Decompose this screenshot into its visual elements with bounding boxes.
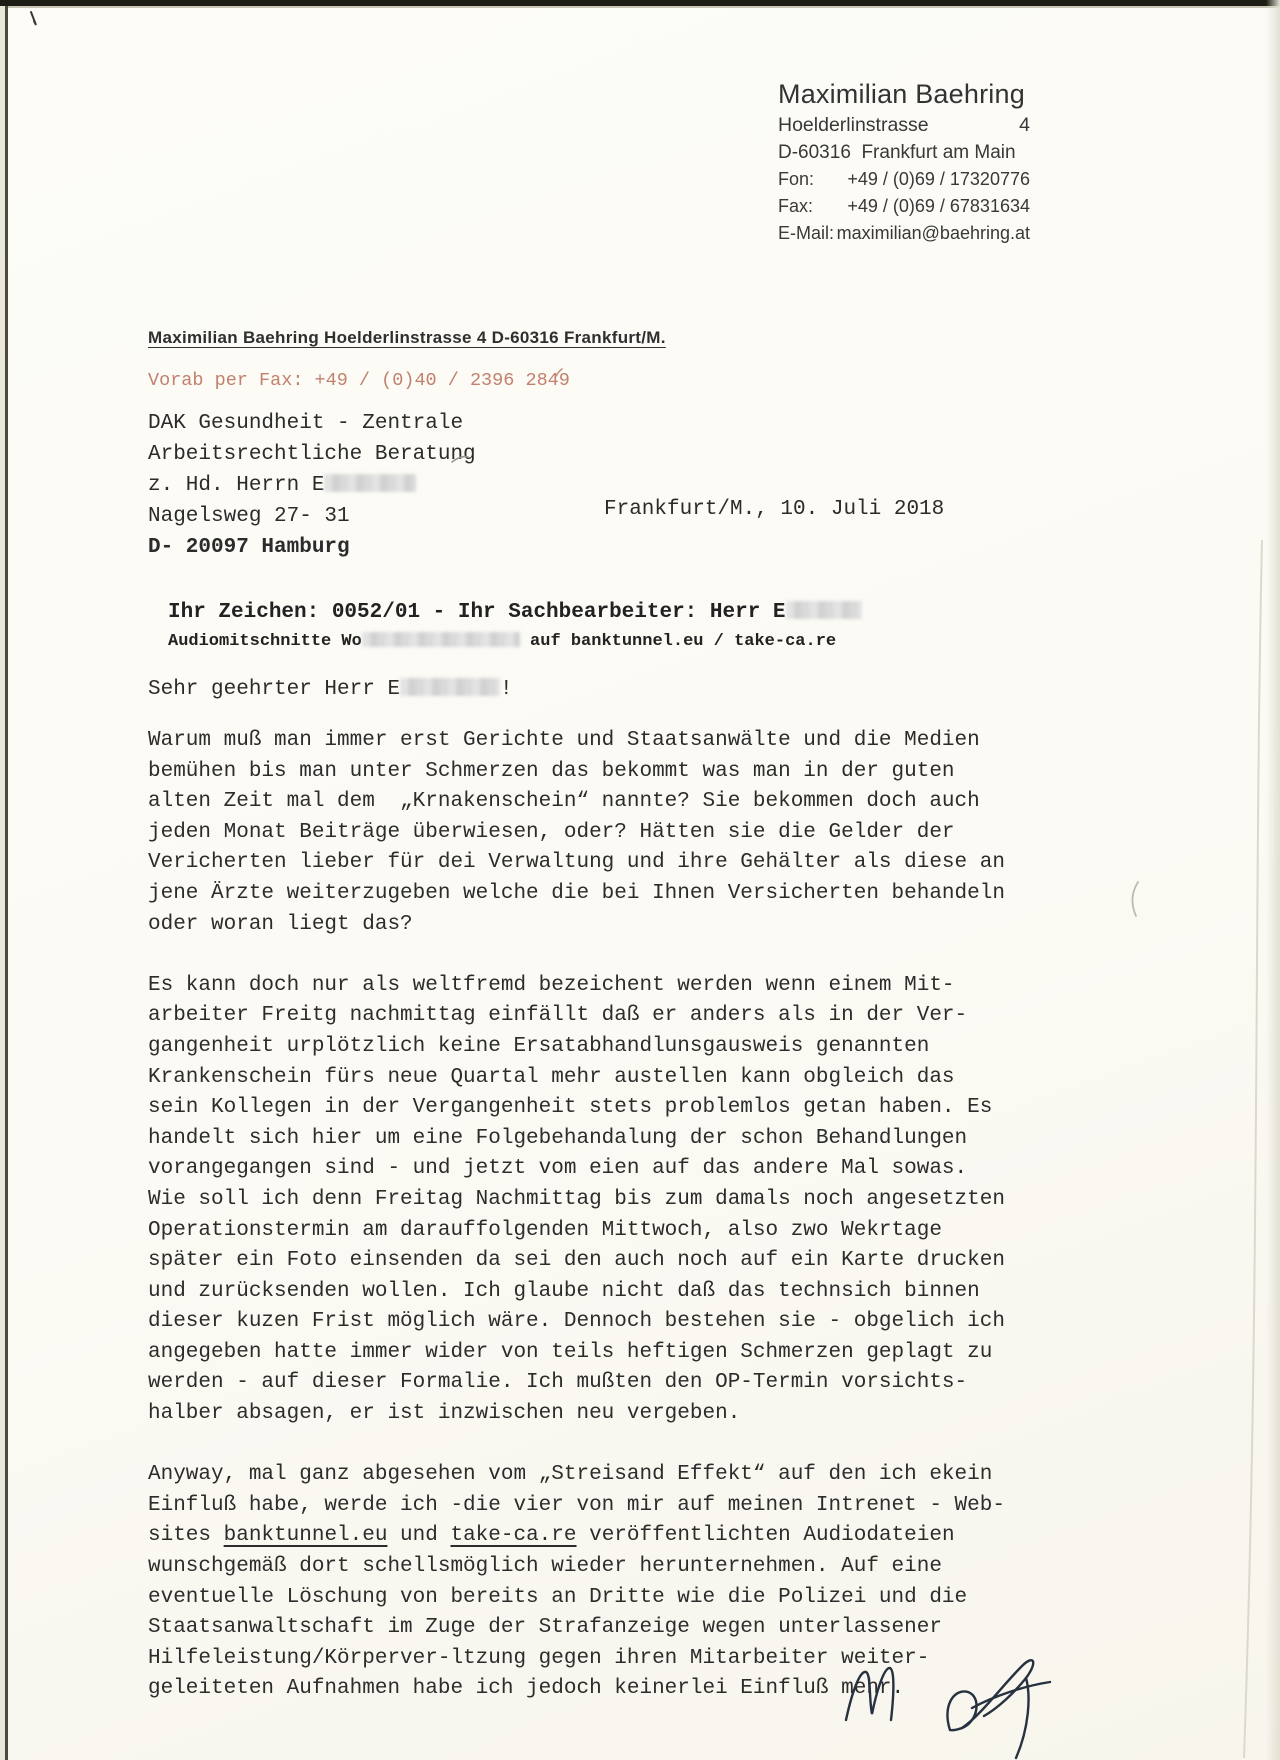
- handwritten-signature: [812, 1636, 1072, 1760]
- fon-label: Fon:: [778, 166, 814, 193]
- salutation: Sehr geehrter Herr E!: [148, 676, 513, 701]
- recipient-address: DAK Gesundheit - Zentrale Arbeitsrechtli…: [148, 408, 476, 563]
- letterhead-city: D-60316 Frankfurt am Main: [778, 139, 1030, 166]
- recipient-attn-text: z. Hd. Herrn E: [148, 474, 324, 497]
- sender-address-line: Maximilian Baehring Hoelderlinstrasse 4 …: [148, 328, 666, 348]
- letterhead-street-row: Hoelderlinstrasse 4: [778, 112, 1030, 139]
- letterhead-fax-row: Fax: +49 / (0)69 / 67831634: [778, 193, 1030, 220]
- fax-value: +49 / (0)69 / 67831634: [847, 193, 1030, 220]
- letter-body: Warum muß man immer erst Gerichte und St…: [148, 726, 1048, 1736]
- recipient-line-street: Nagelsweg 27- 31: [148, 501, 476, 532]
- letterhead-street: Hoelderlinstrasse: [778, 112, 929, 139]
- place-date-line: Frankfurt/M., 10. Juli 2018: [604, 498, 944, 521]
- scan-edge-right-shadow: [1266, 0, 1280, 1760]
- salutation-punct: !: [500, 678, 513, 701]
- letterhead-email-row: E-Mail: maximilian@baehring.at: [778, 220, 1030, 247]
- subject-topic-suffix: auf banktunnel.eu / take-ca.re: [520, 632, 836, 651]
- fax-label: Fax:: [778, 193, 813, 220]
- recipient-line-org: DAK Gesundheit - Zentrale: [148, 408, 476, 439]
- redacted-name-block: [786, 601, 862, 619]
- scan-edge-top-highlight: [0, 6, 1280, 8]
- recipient-line-city: D- 20097 Hamburg: [148, 532, 476, 563]
- redacted-name-block: [324, 474, 416, 492]
- subject-topic-line: Audiomitschnitte Wo auf banktunnel.eu / …: [168, 628, 862, 656]
- salutation-text: Sehr geehrter Herr E: [148, 678, 400, 701]
- letter-page: Maximilian Baehring Hoelderlinstrasse 4 …: [0, 0, 1280, 1760]
- recipient-line-dept: Arbeitsrechtliche Beratung: [148, 439, 476, 470]
- letterhead-name: Maximilian Baehring: [778, 76, 1030, 112]
- fon-value: +49 / (0)69 / 17320776: [847, 166, 1030, 193]
- subject-reference-text: Ihr Zeichen: 0052/01 - Ihr Sachbearbeite…: [168, 601, 786, 624]
- email-label: E-Mail:: [778, 220, 834, 247]
- fax-advance-note: Vorab per Fax: +49 / (0)40 / 2396 2849: [148, 370, 570, 391]
- subject-reference-line: Ihr Zeichen: 0052/01 - Ihr Sachbearbeite…: [168, 598, 862, 628]
- letterhead-fon-row: Fon: +49 / (0)69 / 17320776: [778, 166, 1030, 193]
- recipient-line-attn: z. Hd. Herrn E: [148, 470, 476, 501]
- redacted-name-block: [400, 678, 500, 696]
- paragraph-2: Es kann doch nur als weltfremd bezeichen…: [148, 971, 1048, 1430]
- paragraph-1: Warum muß man immer erst Gerichte und St…: [148, 726, 1048, 940]
- subject-block: Ihr Zeichen: 0052/01 - Ihr Sachbearbeite…: [168, 598, 862, 656]
- take-ca-re-link-text: take-ca.re: [450, 1524, 576, 1547]
- redacted-word-block: [362, 632, 520, 647]
- scan-edge-left-line: [5, 6, 8, 1760]
- subject-topic-prefix: Audiomitschnitte Wo: [168, 632, 362, 651]
- letterhead: Maximilian Baehring Hoelderlinstrasse 4 …: [778, 76, 1030, 247]
- banktunnel-link-text: banktunnel.eu: [224, 1524, 388, 1547]
- email-value: maximilian@baehring.at: [837, 220, 1030, 247]
- paragraph-3-text: und: [387, 1524, 450, 1547]
- letterhead-street-number: 4: [1019, 112, 1030, 139]
